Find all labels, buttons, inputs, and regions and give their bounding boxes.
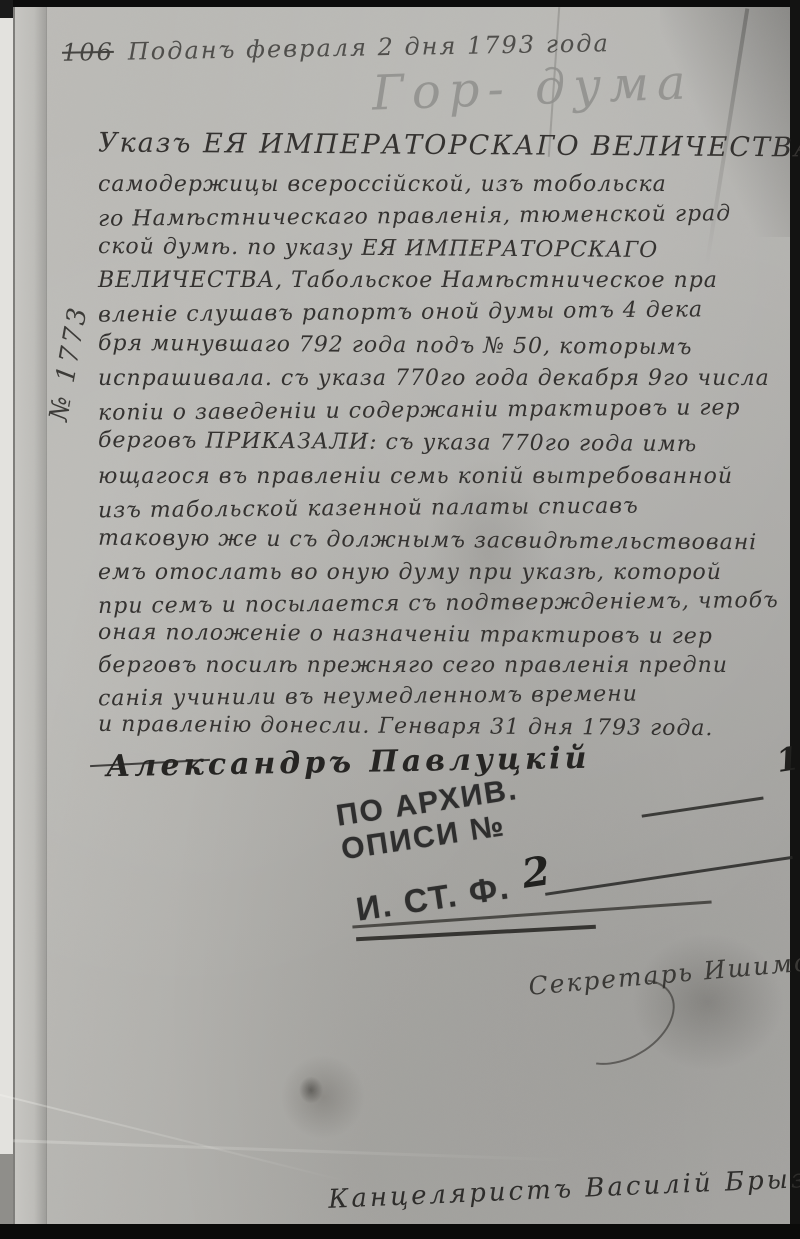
manuscript-line: копіи о заведеніи и содержаніи трактиров… [98,397,741,425]
manuscript-line: изъ табольской казенной палаты списавъ [98,496,639,523]
manuscript-body: Указъ ЕЯ ИМПЕРАТОРСКАГО ВЕЛИЧЕСТВА самод… [98,132,776,752]
manuscript-line: берговъ ПРИКАЗАЛИ: съ указа 770го года и… [98,430,697,456]
manuscript-line: вленіе слушавъ рапортъ оной думы отъ 4 д… [98,299,703,326]
scanned-document-page: 106Поданъ февраля 2 дня 1793 года Гор- д… [0,0,800,1239]
scan-edge-right [790,0,800,1239]
manuscript-line: ВЕЛИЧЕСТВА, Табольское Намѣстническое пр… [98,270,718,292]
manuscript-line: самодержицы всероссійской, изъ тобольска [98,174,667,196]
manuscript-line: бря минувшаго 792 года подъ № 50, которы… [98,333,693,359]
manuscript-line: Указъ ЕЯ ИМПЕРАТОРСКАГО ВЕЛИЧЕСТВА [98,129,800,161]
stamp-underline-1 [641,796,764,817]
ink-spot [296,1073,326,1107]
fold-line-bottom [13,1139,573,1162]
manuscript-line: берговъ посилѣ прежняго сего правленія п… [98,655,728,677]
manuscript-line: ющагося въ правленіи семь копій вытребов… [98,466,733,488]
paper-fold-left [13,7,47,1224]
manuscript-line: таковую же и съ должнымъ засвидѣтельство… [98,528,757,555]
crossed-out-number: 106 [62,38,114,67]
manuscript-line: испрашивала. съ указа 770го года декабря… [98,368,770,390]
scan-edge-left-sliver [0,18,13,1227]
manuscript-line: при семъ и посылается съ подтвержденіемъ… [98,590,779,618]
manuscript-line: го Намѣстническаго правленія, тюменской … [98,203,731,231]
stamp-handwritten-number-2: 2 [519,847,553,898]
scan-edge-bottom [0,1224,800,1239]
manuscript-line: ской думѣ. по указу ЕЯ ИМПЕРАТОРСКАГО [98,236,658,262]
pencil-note: Гор- дума [371,54,694,121]
scan-edge-top [0,0,800,7]
crease-bottom-left [0,1093,348,1182]
manuscript-line: оная положеніе о назначеніи трактировъ и… [98,622,713,648]
manuscript-line: емъ отослать во оную думу при указѣ, кот… [98,562,722,584]
manuscript-line: санія учинили въ неумедленномъ времени [98,684,638,711]
ink-stain [263,1037,383,1157]
manuscript-line: и правленію донесли. Генваря 31 дня 1793… [98,714,714,740]
stamp-handwritten-number-1: 15 [774,736,800,780]
